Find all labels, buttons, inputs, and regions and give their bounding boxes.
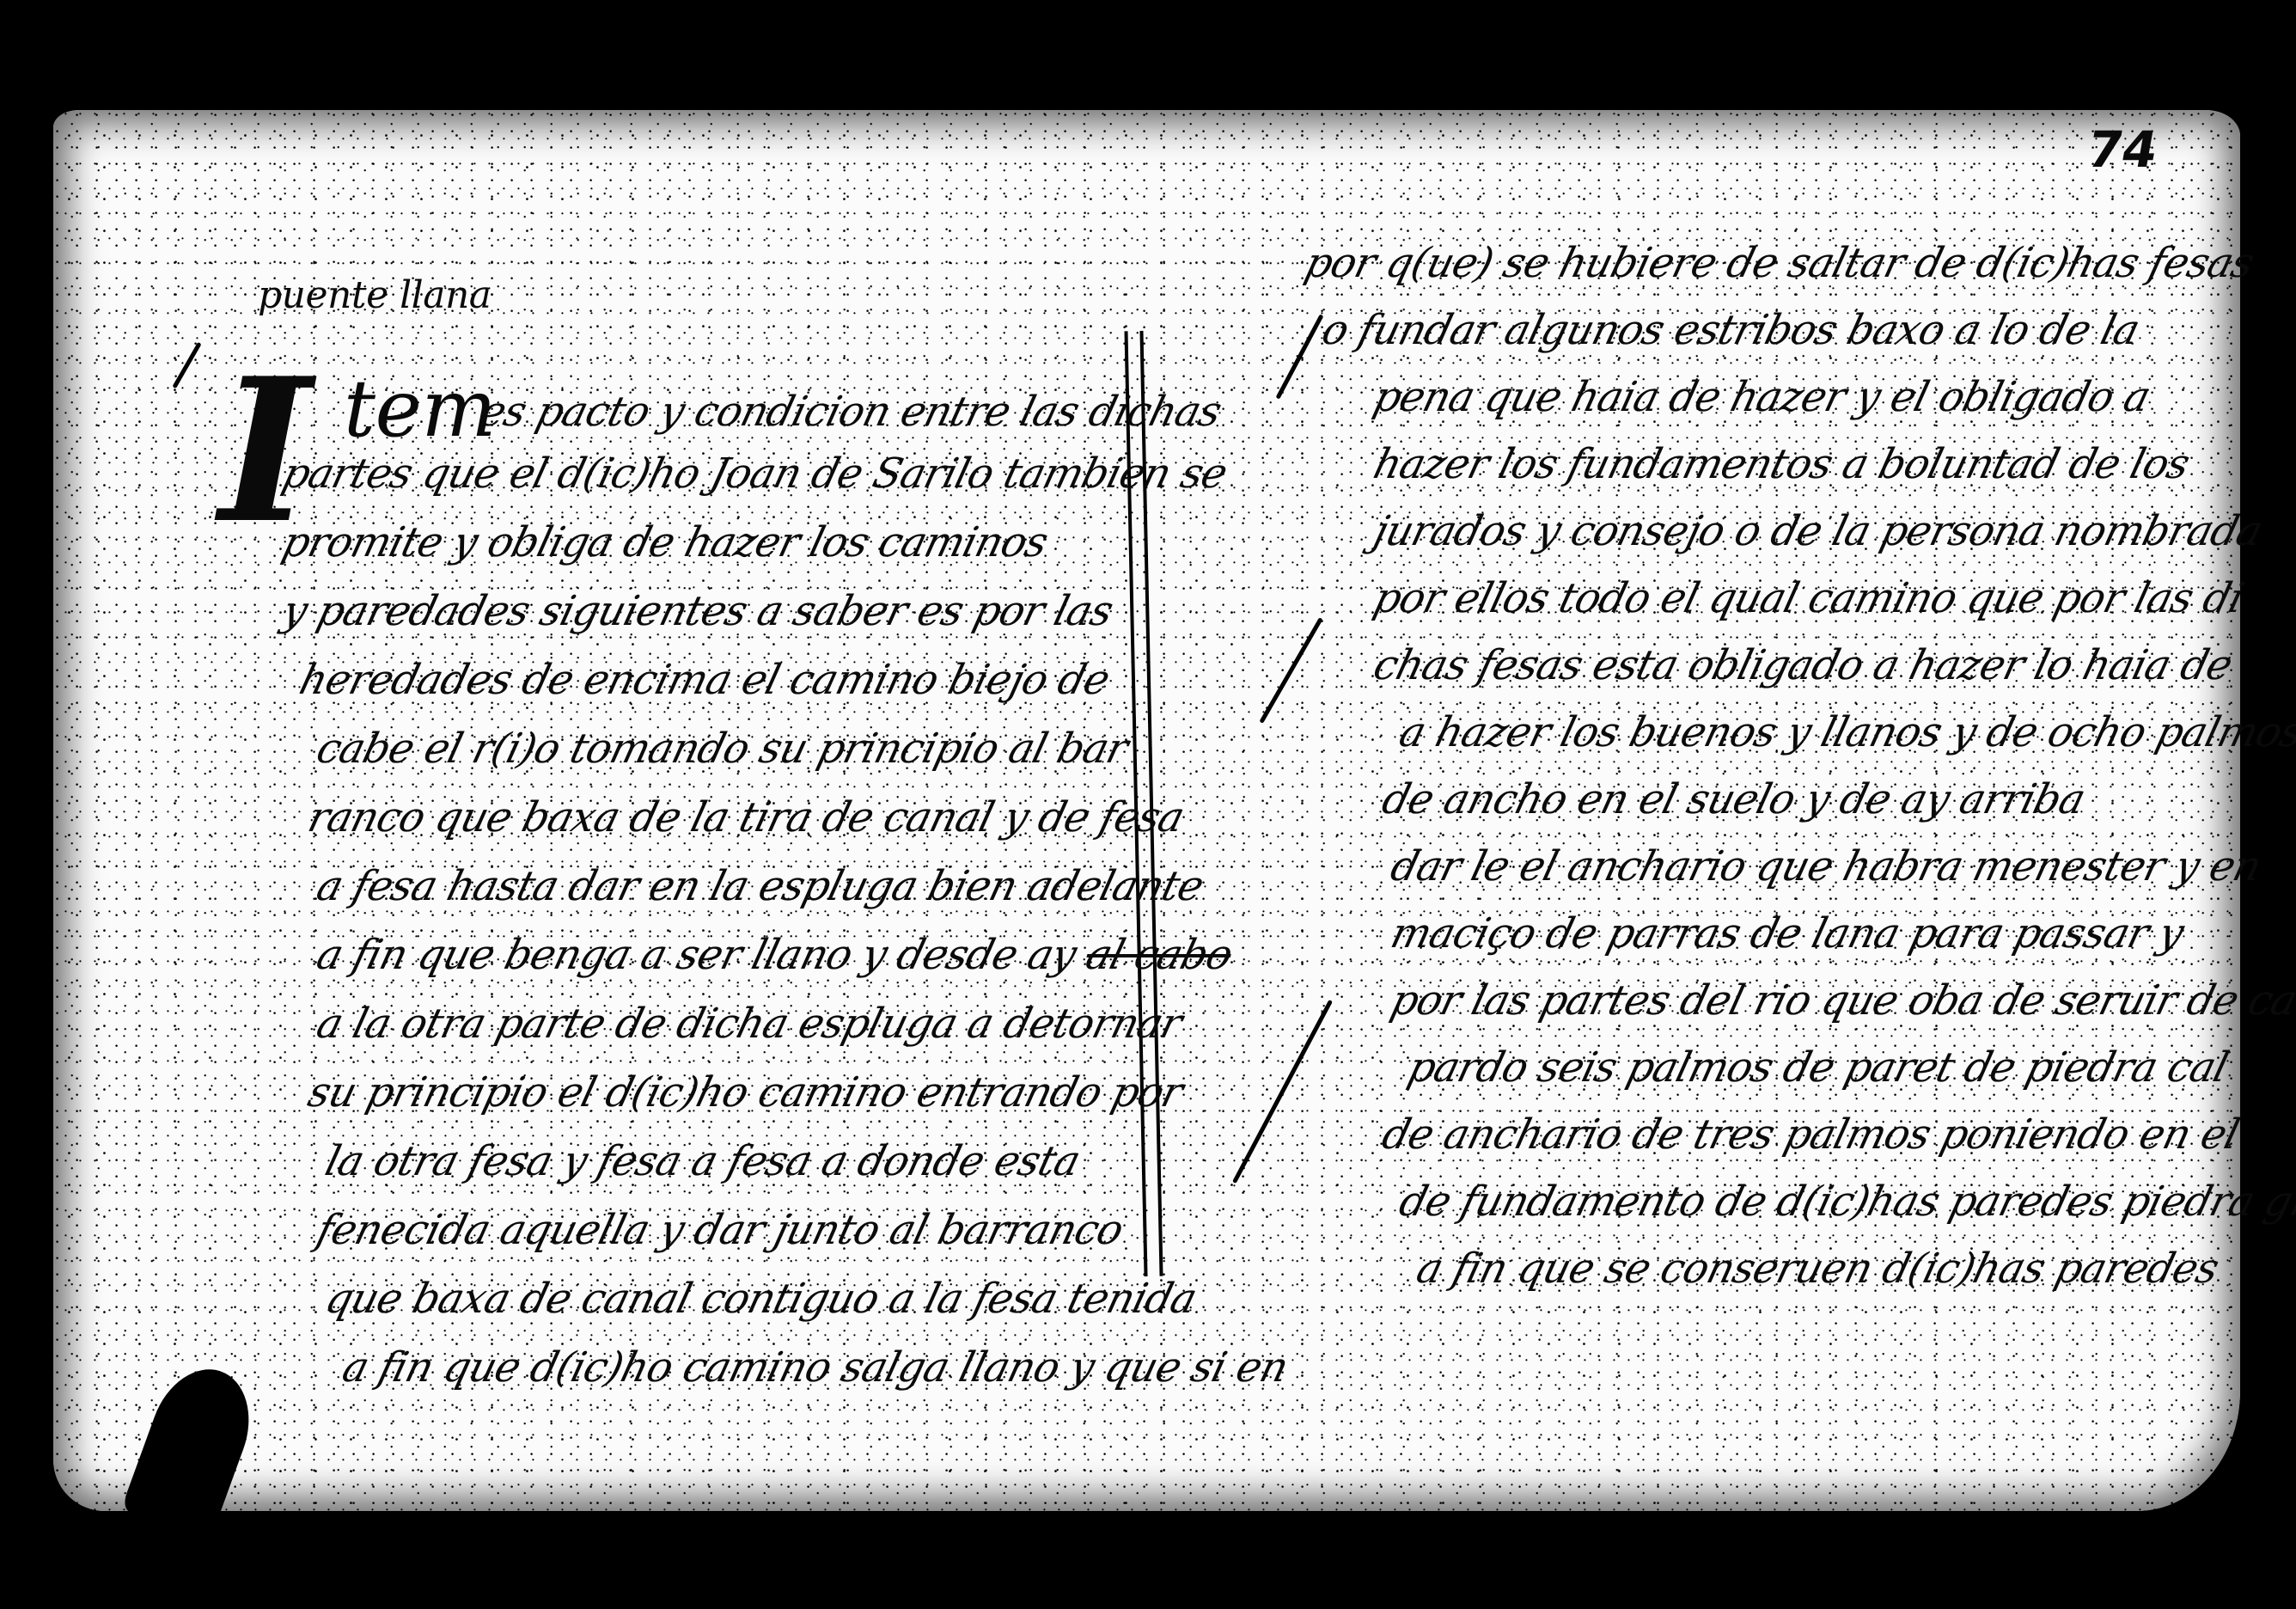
text-line: maciço de parras de lana para passar y [1387, 913, 2187, 954]
text-line: ranco que baxa de la tira de canal y de … [304, 797, 1188, 838]
text-segment: a fin que benga a ser llano y desde ay [312, 931, 1081, 979]
text-line: su principio el d(ic)ho camino entrando … [304, 1072, 1187, 1113]
text-line: o fundar algunos estribos baxo a lo de l… [1318, 309, 2143, 351]
text-line: promite y obliga de hazer los caminos [278, 522, 1051, 563]
text-line: por las partes del rio que oba de seruir… [1387, 980, 2296, 1021]
text-line: hazer los fundamentos a boluntad de los [1370, 444, 2193, 485]
text-line: por ellos todo el qual camino que por la… [1370, 578, 2247, 619]
text-line: de anchario de tres palmos poniendo en e… [1378, 1114, 2243, 1155]
text-line: que baxa de canal contiguo a la fesa ten… [321, 1278, 1200, 1319]
text-line: a hazer los buenos y llanos y de ocho pa… [1395, 712, 2296, 753]
text-line: de fundamento de d(ic)has paredes piedra… [1395, 1181, 2296, 1222]
text-line: por q(ue) se hubiere de saltar de d(ic)h… [1301, 242, 2257, 284]
text-line: cabe el r(i)o tomando su principio al ba… [313, 728, 1132, 769]
struck-word: al cabo [1081, 931, 1237, 979]
section-heading: puente llana [258, 273, 492, 317]
text-line: pardo seis palmos de paret de piedra cal [1404, 1047, 2232, 1088]
text-line: jurados y consejo o de la persona nombra… [1370, 511, 2266, 552]
initial-word-rest: tem [344, 370, 496, 449]
text-line: la otra fesa y fesa a fesa a donde esta [321, 1141, 1084, 1182]
text-line: pena que haia de hazer y el obligado a [1370, 376, 2153, 418]
scan-background: 74 puente llana I tem es pacto y condici… [0, 0, 2296, 1609]
text-line: y paredades siguientes a saber es por la… [278, 590, 1116, 632]
text-line: a fin que benga a ser llano y desde ay a… [313, 934, 1236, 976]
text-line: heredades de encima el camino biejo de [296, 659, 1113, 700]
text-line: chas fesas esta obligado a hazer lo haia… [1370, 645, 2236, 686]
text-line: de ancho en el suelo y de ay arriba [1378, 779, 2089, 820]
text-line: a la otra parte de dicha espluga a detor… [313, 1003, 1186, 1044]
text-line: partes que el d(ic)ho Joan de Sarilo tam… [278, 453, 1230, 494]
folio-number: 74 [2083, 120, 2162, 179]
text-line: a fin que d(ic)ho camino salga llano y q… [339, 1347, 1291, 1388]
text-line: es pacto y condicion entre las dichas [476, 391, 1225, 432]
text-line: fenecida aquella y dar junto al barranco [313, 1209, 1127, 1251]
text-line: a fesa hasta dar en la espluga bien adel… [313, 866, 1207, 907]
text-line: dar le el anchario que habra menester y … [1387, 846, 2265, 887]
text-line: a fin que se conseruen d(ic)has paredes [1413, 1248, 2222, 1289]
